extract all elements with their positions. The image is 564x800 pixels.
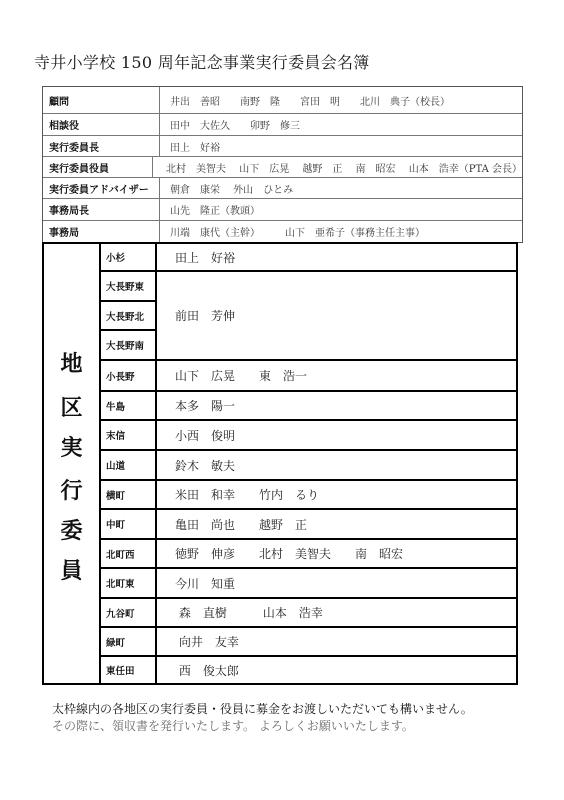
officer-row: 実行委員役員 北村 美智夫 山下 広晃 越野 正 南 昭宏 山本 浩幸（PTA …	[43, 156, 522, 177]
district-name: 山道	[101, 451, 157, 479]
officer-members: 山先 隆正（教頭）	[160, 199, 522, 220]
district-name: 横町	[101, 481, 157, 508]
district-members: 徳野 伸彦 北村 美智夫 南 昭宏	[157, 540, 516, 567]
heading-char: 実	[44, 431, 99, 462]
officer-row: 事務局 川端 康代（主幹） 山下 亜希子（事務主任主事）	[43, 220, 522, 242]
district-row: 末信 小西 俊明	[101, 421, 516, 451]
district-committee-heading: 地 区 実 行 委 員	[44, 244, 101, 683]
district-row: 山道 鈴木 敏夫	[101, 451, 516, 481]
district-row: 牛島 本多 陽一	[101, 392, 516, 421]
officer-role: 実行委員役員	[43, 157, 153, 177]
district-members: 鈴木 敏夫	[157, 451, 516, 479]
note-line-2: その際に、領収書を発行いたします。 よろしくお願いいたします。	[52, 718, 473, 735]
district-name: 北町東	[101, 569, 157, 597]
page-title: 寺井小学校 150 周年記念事業実行委員会名簿	[34, 50, 370, 73]
district-row: 北町東 今川 知重	[101, 569, 516, 599]
district-name: 末信	[101, 421, 157, 449]
district-members: 山下 広晃 東 浩一	[157, 361, 516, 390]
heading-char: 区	[44, 391, 99, 422]
district-row: 中町 亀田 尚也 越野 正	[101, 510, 516, 540]
district-row: 九谷町 森 直樹 山本 浩幸	[101, 599, 516, 628]
officer-members: 田上 好裕	[160, 136, 522, 156]
officer-members: 川端 康代（主幹） 山下 亜希子（事務主任主事）	[160, 221, 522, 242]
heading-char: 行	[44, 474, 99, 505]
district-members: 前田 芳伸	[157, 272, 516, 359]
district-row: 東任田 西 俊太郎	[101, 657, 516, 683]
district-row: 横町 米田 和幸 竹内 るり	[101, 481, 516, 510]
district-committee-table: 地 区 実 行 委 員 小杉 田上 好裕 大長野東 大長野北 大長野南 前田 芳…	[42, 242, 518, 685]
district-name: 東任田	[101, 657, 157, 683]
heading-char: 委	[44, 514, 99, 545]
district-members: 米田 和幸 竹内 るり	[157, 481, 516, 508]
district-name: 小杉	[101, 244, 157, 270]
note-line-1: 太枠線内の各地区の実行委員・役員に募金をお渡しいただいても構いません。	[52, 701, 473, 718]
donation-note: 太枠線内の各地区の実行委員・役員に募金をお渡しいただいても構いません。 その際に…	[52, 701, 473, 735]
officer-role: 実行委員長	[43, 136, 160, 156]
district-name: 大長野北	[101, 302, 157, 331]
district-name: 大長野南	[101, 331, 157, 359]
officer-row: 実行委員アドバイザー 朝倉 康栄 外山 ひとみ	[43, 177, 522, 198]
officer-members: 井出 善昭 南野 隆 宮田 明 北川 典子（校長）	[160, 87, 522, 113]
officers-table: 顧問 井出 善昭 南野 隆 宮田 明 北川 典子（校長） 相談役 田中 大佐久 …	[42, 86, 523, 243]
officer-row: 事務局長 山先 隆正（教頭）	[43, 198, 522, 220]
heading-char: 地	[44, 347, 99, 378]
officer-row: 顧問 井出 善昭 南野 隆 宮田 明 北川 典子（校長）	[43, 87, 522, 113]
district-row: 緑町 向井 友幸	[101, 628, 516, 657]
district-name: 中町	[101, 510, 157, 538]
officer-role: 事務局長	[43, 199, 160, 220]
district-row: 小長野 山下 広晃 東 浩一	[101, 361, 516, 392]
officer-role: 実行委員アドバイザー	[43, 178, 160, 198]
district-members: 西 俊太郎	[157, 657, 516, 683]
district-members: 本多 陽一	[157, 392, 516, 419]
district-name: 緑町	[101, 628, 157, 655]
district-row: 大長野東 大長野北 大長野南 前田 芳伸	[101, 272, 516, 361]
district-name: 牛島	[101, 392, 157, 419]
district-name: 小長野	[101, 361, 157, 390]
officer-row: 相談役 田中 大佐久 卯野 修三	[43, 113, 522, 135]
district-members: 小西 俊明	[157, 421, 516, 449]
officer-members: 朝倉 康栄 外山 ひとみ	[160, 178, 522, 198]
district-name: 北町西	[101, 540, 157, 567]
officer-role: 相談役	[43, 114, 160, 135]
heading-char: 員	[44, 554, 99, 585]
district-name: 九谷町	[101, 599, 157, 626]
district-members: 向井 友幸	[157, 628, 516, 655]
officer-row: 実行委員長 田上 好裕	[43, 135, 522, 156]
officer-role: 事務局	[43, 221, 160, 242]
officer-role: 顧問	[43, 87, 160, 113]
officer-members: 北村 美智夫 山下 広晃 越野 正 南 昭宏 山本 浩幸（PTA 会長）	[153, 157, 522, 177]
district-members: 今川 知重	[157, 569, 516, 597]
district-members: 亀田 尚也 越野 正	[157, 510, 516, 538]
district-members: 田上 好裕	[157, 244, 516, 270]
district-row: 北町西 徳野 伸彦 北村 美智夫 南 昭宏	[101, 540, 516, 569]
district-row: 小杉 田上 好裕	[101, 244, 516, 272]
district-name: 大長野東	[101, 272, 157, 302]
district-members: 森 直樹 山本 浩幸	[157, 599, 516, 626]
officer-members: 田中 大佐久 卯野 修三	[160, 114, 522, 135]
